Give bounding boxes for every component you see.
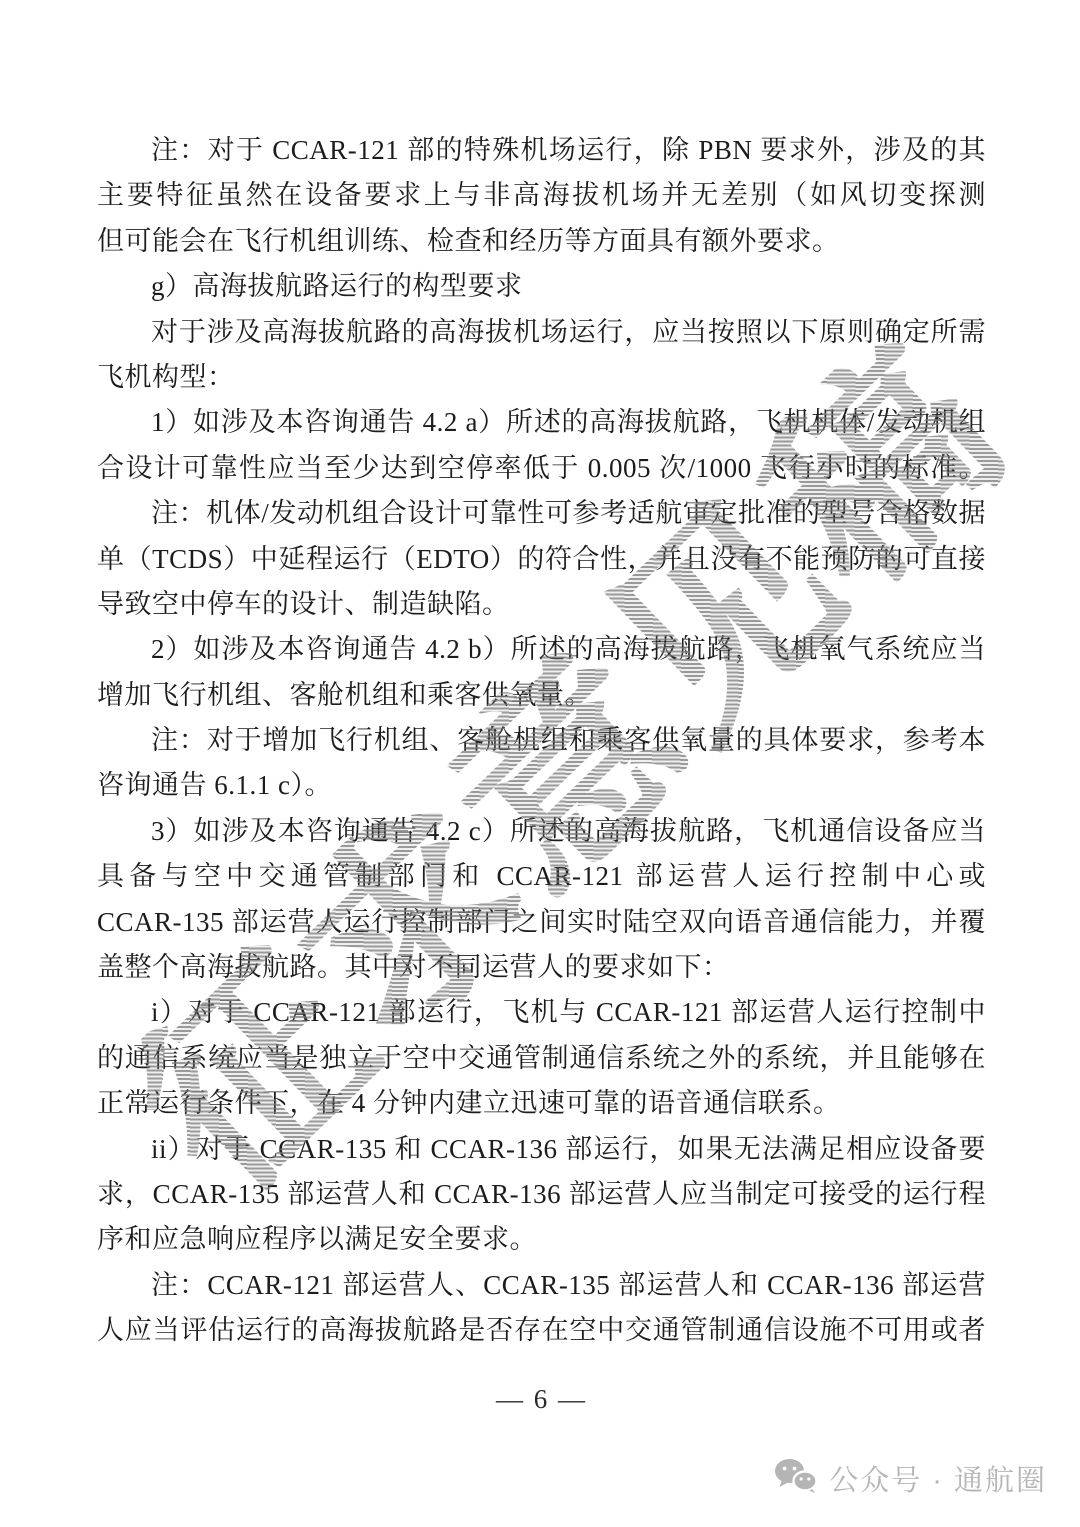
text-line: 正常运行条件下，在 4 分钟内建立迅速可靠的语音通信联系。 — [97, 1081, 986, 1126]
text-line: CCAR-135 部运营人运行控制部门之间实时陆空双向语音通信能力，并覆 — [97, 900, 986, 945]
text-line: 咨询通告 6.1.1 c）。 — [97, 763, 986, 808]
text-line: ii）对于 CCAR-135 和 CCAR-136 部运行，如果无法满足相应设备… — [97, 1127, 986, 1172]
text-line: 的通信系统应当是独立于空中交通管制通信系统之外的系统，并且能够在 — [97, 1036, 986, 1081]
footer-brand-text: 公众号 · 通航圈 — [829, 1458, 1047, 1499]
document-page: 注：对于 CCAR-121 部的特殊机场运行，除 PBN 要求外，涉及的其他主要… — [0, 0, 1080, 1527]
wechat-icon — [773, 1458, 819, 1499]
text-line: 对于涉及高海拔航路的高海拔机场运行，应当按照以下原则确定所需 — [97, 310, 986, 355]
text-line: 注：CCAR-121 部运营人、CCAR-135 部运营人和 CCAR-136 … — [97, 1263, 986, 1308]
text-line: i）对于 CCAR-121 部运行，飞机与 CCAR-121 部运营人运行控制中… — [97, 990, 986, 1035]
text-line: 注：对于 CCAR-121 部的特殊机场运行，除 PBN 要求外，涉及的其他 — [97, 128, 986, 173]
text-line: 求，CCAR-135 部运营人和 CCAR-136 部运营人应当制定可接受的运行… — [97, 1172, 986, 1217]
text-line: g）高海拔航路运行的构型要求 — [97, 264, 986, 309]
footer-brand-bar: 公众号 · 通航圈 — [773, 1458, 1047, 1499]
text-line: 1）如涉及本咨询通告 4.2 a）所述的高海拔航路，飞机机体/发动机组 — [97, 400, 986, 445]
text-line: 飞机构型： — [97, 355, 986, 400]
document-body: 注：对于 CCAR-121 部的特殊机场运行，除 PBN 要求外，涉及的其他主要… — [97, 128, 986, 1354]
text-line: 注：对于增加飞行机组、客舱机组和乘客供氧量的具体要求，参考本 — [97, 718, 986, 763]
text-line: 但可能会在飞行机组训练、检查和经历等方面具有额外要求。 — [97, 219, 986, 264]
text-line: 序和应急响应程序以满足安全要求。 — [97, 1217, 986, 1262]
text-line: 单（TCDS）中延程运行（EDTO）的符合性，并且没有不能预防的可直接 — [97, 537, 986, 582]
text-line: 增加飞行机组、客舱机组和乘客供氧量。 — [97, 673, 986, 718]
text-line: 3）如涉及本咨询通告 4.2 c）所述的高海拔航路，飞机通信设备应当 — [97, 809, 986, 854]
text-line: 主要特征虽然在设备要求上与非高海拔机场并无差别（如风切变探测等）， — [97, 173, 986, 218]
text-line: 2）如涉及本咨询通告 4.2 b）所述的高海拔航路，飞机氧气系统应当 — [97, 627, 986, 672]
text-line: 合设计可靠性应当至少达到空停率低于 0.005 次/1000 飞行小时的标准。 — [97, 446, 986, 491]
text-line: 盖整个高海拔航路。其中对不同运营人的要求如下： — [97, 945, 986, 990]
text-line: 导致空中停车的设计、制造缺陷。 — [97, 582, 986, 627]
page-number: — 6 — — [97, 1384, 986, 1415]
text-line: 具备与空中交通管制部门和 CCAR-121 部运营人运行控制中心或 — [97, 854, 986, 899]
text-line: 人应当评估运行的高海拔航路是否存在空中交通管制通信设施不可用或者 — [97, 1308, 986, 1353]
text-line: 注：机体/发动机组合设计可靠性可参考适航审定批准的型号合格数据 — [97, 491, 986, 536]
